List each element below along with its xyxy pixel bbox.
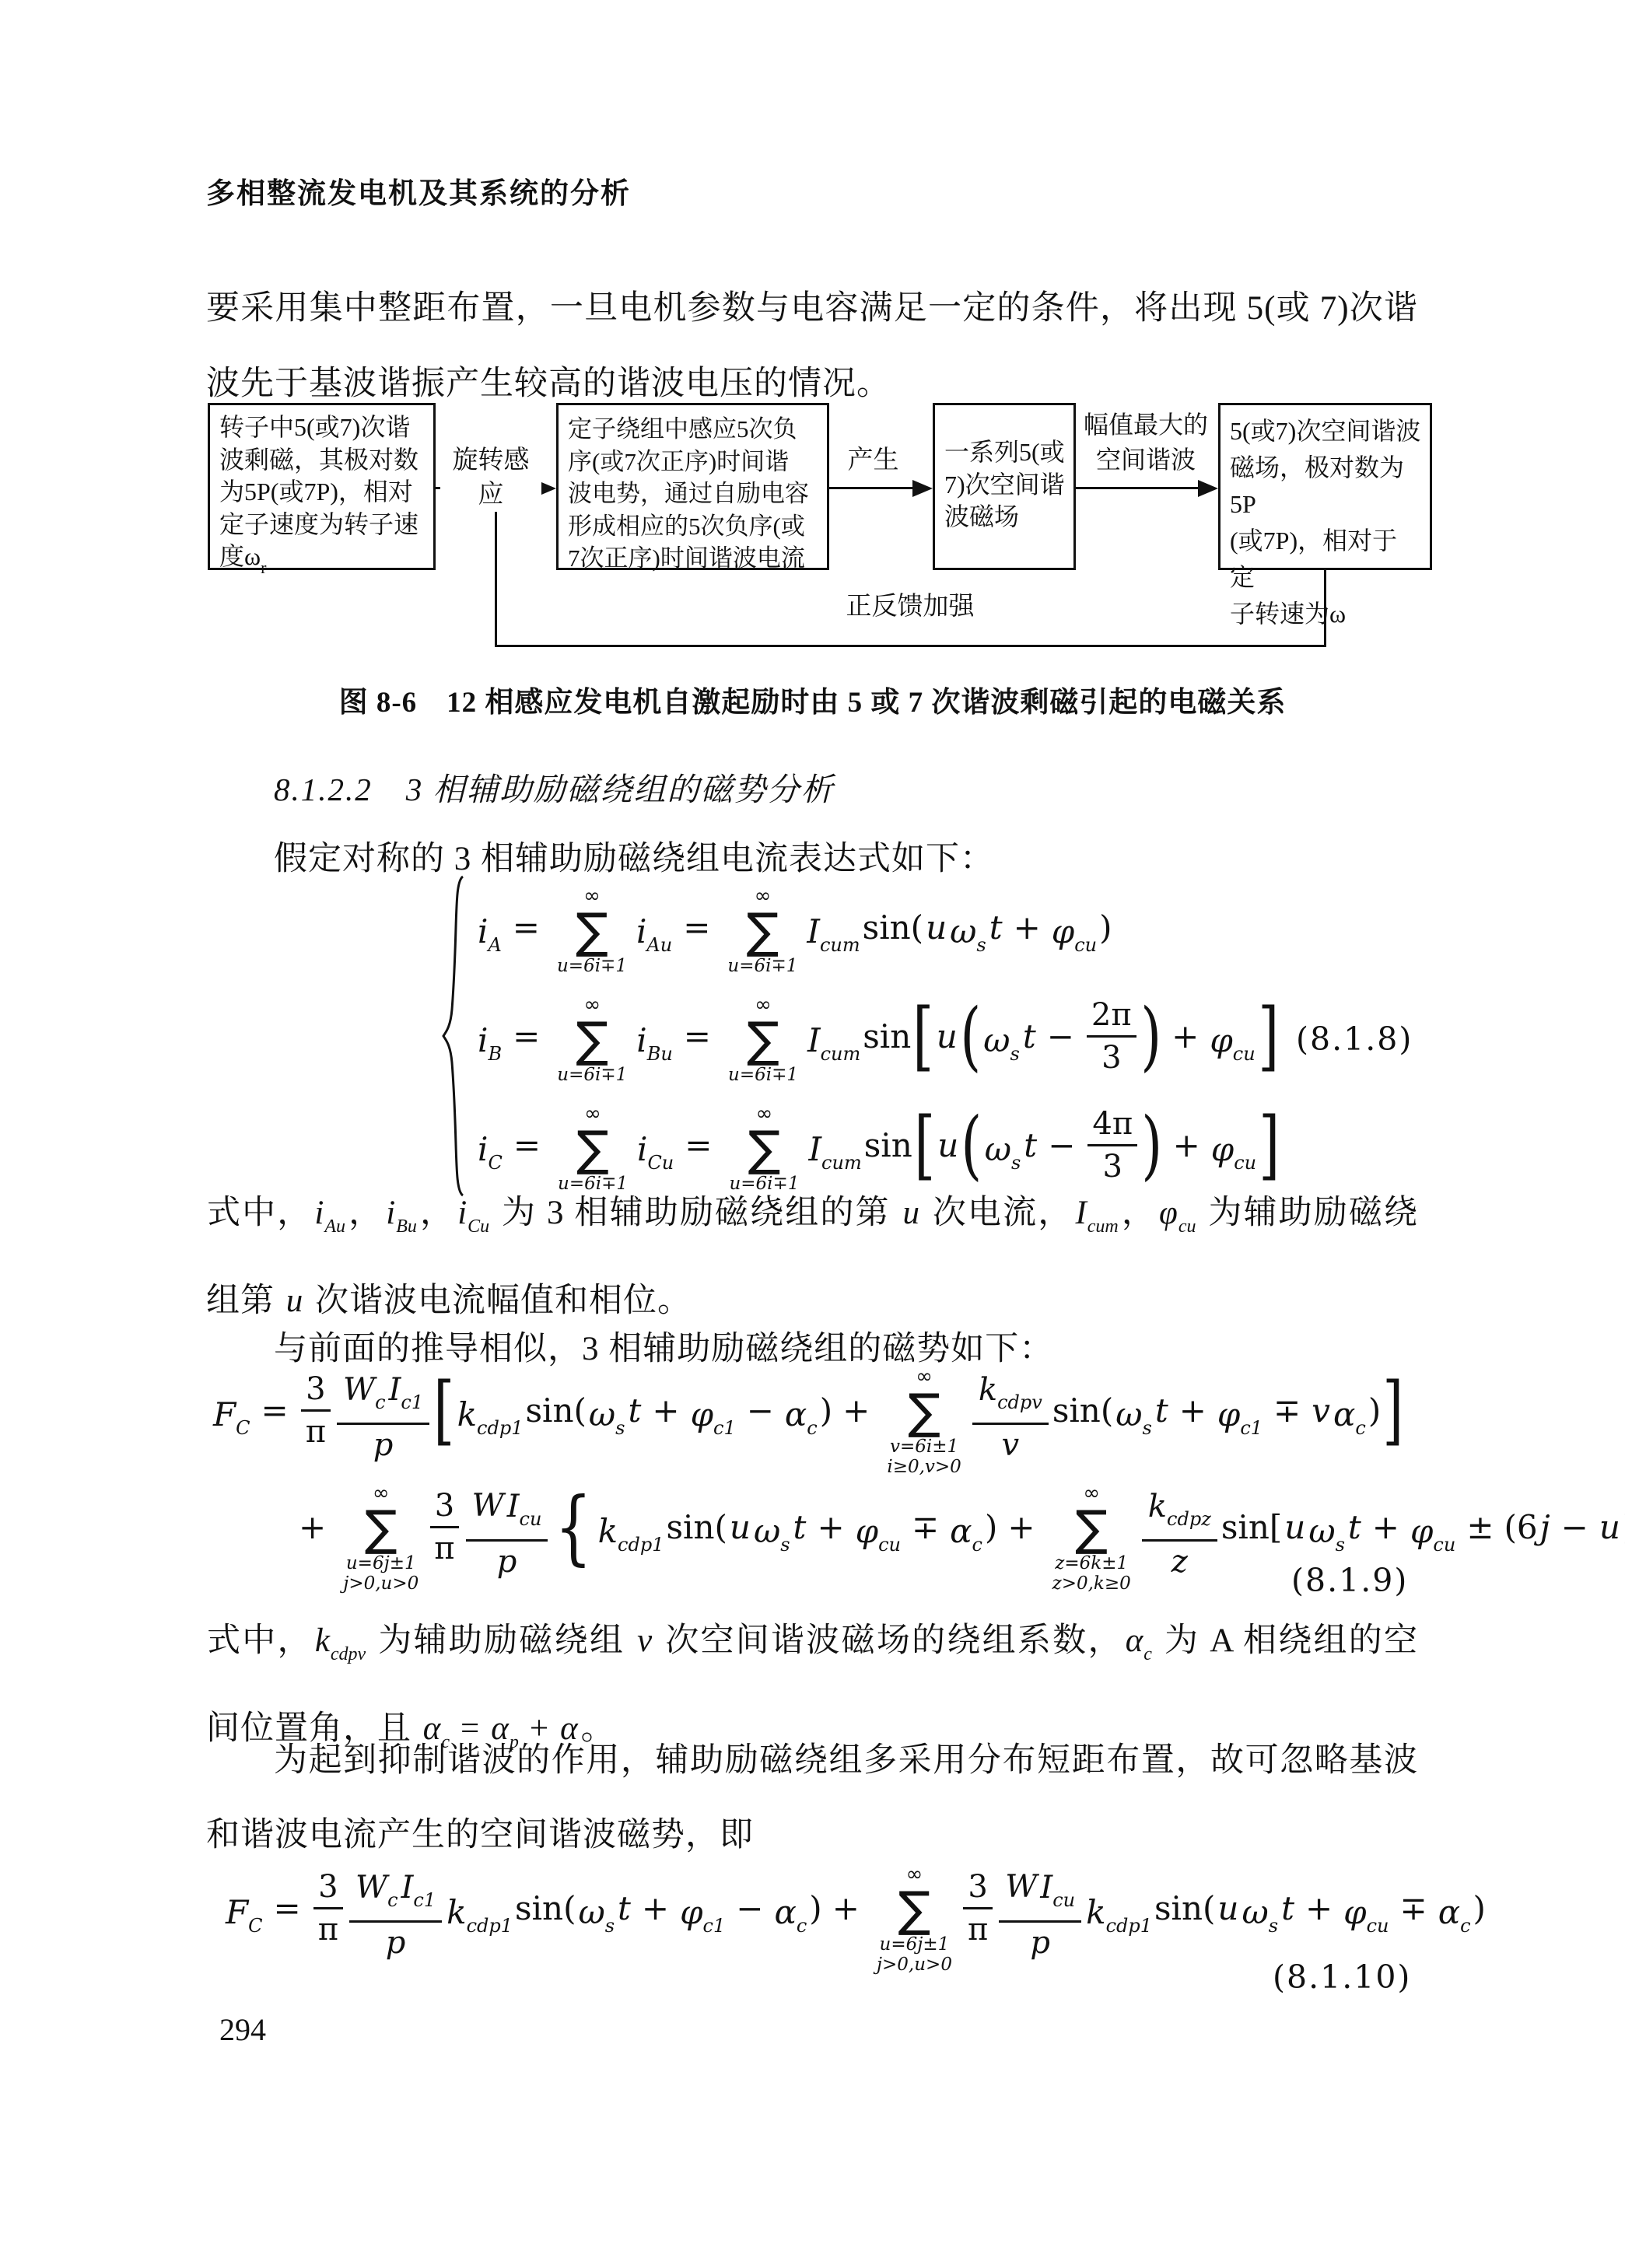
- arrow-label-produce: 产生: [832, 443, 914, 478]
- document-page: 多相整流发电机及其系统的分析 要采用集中整距布置，一旦电机参数与电容满足一定的条…: [0, 0, 1625, 2268]
- system-brace-icon: [442, 873, 465, 1199]
- flow-box-text: 定子绕组中感应5次负 序(或7次正序)时间谐 波电势，通过自励电容 形成相应的5…: [568, 415, 809, 572]
- arrow-label-rotation-induction: 旋转感应: [440, 443, 541, 512]
- flow-box-rotor-remanence: 转子中5(或7)次谐 波剩磁，其极对数 为5P(或7P)，相对 定子速度为转子速…: [208, 403, 436, 570]
- feedback-line-bottom: [495, 645, 1326, 647]
- arrow-3-line: [1076, 487, 1203, 489]
- equation-row: iB=∞∑u=6i∓1iBu=∞∑u=6i∓1Icumsin[u(ωst−2π3…: [476, 982, 1281, 1090]
- figure-caption: 图 8-6 12 相感应发电机自激起励时由 5 或 7 次谐波剩磁引起的电磁关系: [0, 678, 1625, 720]
- equation-number: (8.1.8): [1296, 1020, 1413, 1058]
- equation-8-1-8: iA=∞∑u=6i∓1iAu=∞∑u=6i∓1Icumsin(uωst+φcu)…: [442, 873, 1281, 1199]
- running-header: 多相整流发电机及其系统的分析: [206, 170, 631, 212]
- flow-diagram: 转子中5(或7)次谐 波剩磁，其极对数 为5P(或7P)，相对 定子速度为转子速…: [206, 403, 1443, 671]
- body-paragraph-1: 要采用集中整距布置，一旦电机参数与电容满足一定的条件，将出现 5(或 7)次谐波…: [206, 271, 1418, 422]
- equation-number: (8.1.10): [1273, 1958, 1411, 1996]
- equation-row: iA=∞∑u=6i∓1iAu=∞∑u=6i∓1Icumsin(uωst+φcu): [476, 873, 1281, 982]
- arrow-2-line: [829, 487, 917, 489]
- page-number: 294: [219, 2011, 266, 2048]
- arrow-label-max-amplitude: 幅值最大的 空间谐波: [1079, 408, 1213, 478]
- flow-box-space-harmonic-series: 一系列5(或 7)次空间谐 波磁场: [933, 403, 1076, 570]
- equation-rows: iA=∞∑u=6i∓1iAu=∞∑u=6i∓1Icumsin(uωst+φcu)…: [476, 873, 1281, 1199]
- arrow-3-head-icon: [1198, 480, 1218, 497]
- equation-row: FC=3πWcIc1p[kcdp1sin(ωst+φc1−αc)+∞∑v=6i±…: [212, 1352, 1625, 1468]
- feedback-label: 正反馈加强: [704, 590, 1116, 624]
- section-heading: 8.1.2.2 3 相辅助励磁绕组的磁势分析: [274, 764, 835, 810]
- flow-box-stator-emf: 定子绕组中感应5次负 序(或7次正序)时间谐 波电势，通过自励电容 形成相应的5…: [556, 403, 829, 570]
- equation-8-1-9: FC=3πWcIc1p[kcdp1sin(ωst+φc1−αc)+∞∑v=6i±…: [212, 1352, 1625, 1585]
- flow-box-text: 度ωr: [219, 542, 266, 570]
- feedback-line-up: [495, 501, 497, 647]
- arrow-2-head-icon: [912, 480, 933, 497]
- feedback-line-down: [1324, 570, 1326, 647]
- equation-row: +∞∑u=6j±1j>0,u>03πWIcup{kcdp1sin(uωst+φc…: [289, 1468, 1625, 1585]
- flow-box-text: 一系列5(或 7)次空间谐 波磁场: [944, 438, 1065, 530]
- flow-box-max-amplitude-field: 5(或7)次空间谐波 磁场，极对数为5P (或7P)，相对于定 子转速为ω: [1218, 403, 1432, 570]
- flow-box-text: 转子中5(或7)次谐 波剩磁，其极对数 为5P(或7P)，相对 定子速度为转子速: [219, 413, 419, 538]
- body-paragraph-3: 式中，iAu，iBu，iCu 为 3 相辅助励磁绕组的第 u 次电流，Icum，…: [206, 1176, 1418, 1339]
- equation-number: (8.1.9): [1291, 1562, 1408, 1599]
- equation-8-1-10: FC=3πWcIc1pkcdp1sin(ωst+φc1−αc)+∞∑u=6j±1…: [224, 1850, 1487, 1966]
